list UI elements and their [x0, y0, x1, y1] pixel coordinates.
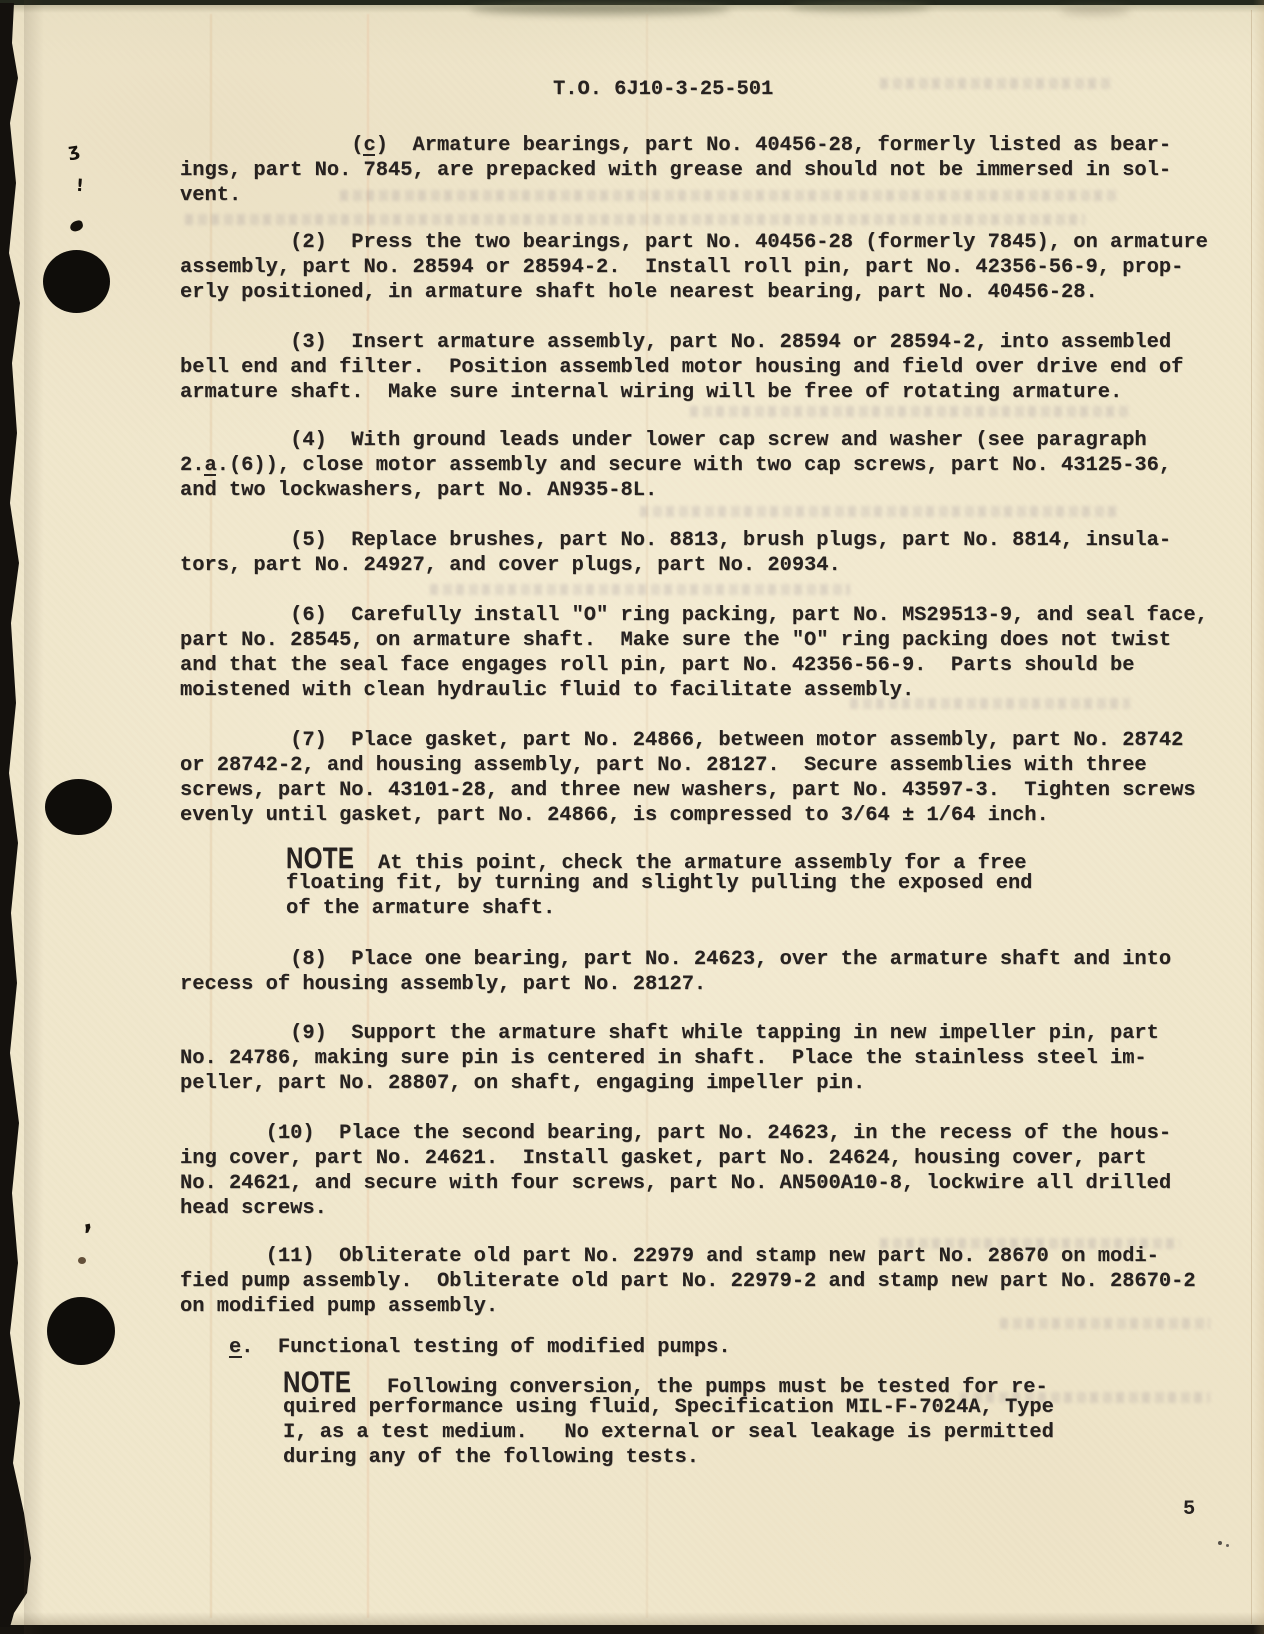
text-line: (3) Insert armature assembly, part No. 2… [180, 330, 1183, 355]
technical-order-number: T.O. 6J10-3-25-501 [553, 77, 773, 102]
text-line: on modified pump assembly. [180, 1294, 1196, 1319]
text-line: (2) Press the two bearings, part No. 404… [180, 230, 1208, 255]
scan-edge-left-shadow [24, 0, 44, 1634]
text-line: bell end and filter. Position assembled … [180, 355, 1183, 380]
bleedthrough-text [690, 406, 1130, 417]
ink-mark: ʒ [67, 139, 81, 161]
text-line: ing cover, part No. 24621. Install gaske… [180, 1146, 1171, 1171]
underline-a [204, 474, 216, 476]
text-line: part No. 28545, on armature shaft. Make … [180, 628, 1208, 653]
scan-smudge [1060, 6, 1130, 15]
text-line: armature shaft. Make sure internal wirin… [180, 380, 1183, 405]
text-line: moistened with clean hydraulic fluid to … [180, 678, 1208, 703]
text-line: (8) Place one bearing, part No. 24623, o… [180, 947, 1171, 972]
ink-speck [1226, 1544, 1229, 1547]
note-text-line: during any of the following tests. [283, 1445, 1054, 1470]
paragraph: (4) With ground leads under lower cap sc… [180, 428, 1171, 503]
text-line: (4) With ground leads under lower cap sc… [180, 428, 1171, 453]
paragraph: (7) Place gasket, part No. 24866, betwee… [180, 728, 1196, 828]
text-line: and two lockwashers, part No. AN935-8L. [180, 478, 1171, 503]
punch-hole [47, 1297, 115, 1365]
paragraph: (c) Armature bearings, part No. 40456-28… [180, 133, 1171, 208]
note-block: NOTEFollowing conversion, the pumps must… [283, 1370, 1054, 1470]
text-line: vent. [180, 183, 1171, 208]
underline-e [229, 1356, 242, 1358]
text-line: or 28742-2, and housing assembly, part N… [180, 753, 1196, 778]
text-line: erly positioned, in armature shaft hole … [180, 280, 1208, 305]
paragraph: (6) Carefully install "O" ring packing, … [180, 603, 1208, 703]
text-line: and that the seal face engages roll pin,… [180, 653, 1208, 678]
ink-mark: ! [75, 176, 84, 196]
ink-speck [1218, 1541, 1222, 1545]
text-line: (10) Place the second bearing, part No. … [180, 1121, 1171, 1146]
paragraph: (10) Place the second bearing, part No. … [180, 1121, 1171, 1221]
ink-mark [69, 219, 84, 232]
paragraph: (8) Place one bearing, part No. 24623, o… [180, 947, 1171, 997]
bleedthrough-text [1000, 1318, 1210, 1329]
note-block: NOTEAt this point, check the armature as… [286, 846, 1032, 921]
text-line: e. Functional testing of modified pumps. [180, 1335, 731, 1360]
note-text-line: quired performance using fluid, Specific… [283, 1395, 1054, 1420]
paragraph: (3) Insert armature assembly, part No. 2… [180, 330, 1183, 405]
page-number: 5 [1183, 1497, 1195, 1522]
paragraph: (5) Replace brushes, part No. 8813, brus… [180, 528, 1171, 578]
text-line: head screws. [180, 1196, 1171, 1221]
text-line: No. 24621, and secure with four screws, … [180, 1171, 1171, 1196]
text-line: (11) Obliterate old part No. 22979 and s… [180, 1244, 1196, 1269]
text-line: (6) Carefully install "O" ring packing, … [180, 603, 1208, 628]
scan-edge-bottom [0, 1625, 1264, 1634]
note-text-line: floating fit, by turning and slightly pu… [286, 871, 1032, 896]
text-line: assembly, part No. 28594 or 28594-2. Ins… [180, 255, 1208, 280]
paragraph: (11) Obliterate old part No. 22979 and s… [180, 1244, 1196, 1319]
text-line: tors, part No. 24927, and cover plugs, p… [180, 553, 1171, 578]
punch-hole [45, 779, 112, 835]
scan-smudge [470, 3, 730, 15]
paragraph: e. Functional testing of modified pumps. [180, 1335, 731, 1360]
text-line: 2.a.(6)), close motor assembly and secur… [180, 453, 1171, 478]
bleedthrough-text [640, 506, 1120, 517]
paragraph: (2) Press the two bearings, part No. 404… [180, 230, 1208, 305]
text-line: recess of housing assembly, part No. 281… [180, 972, 1171, 997]
bleedthrough-text [430, 584, 850, 595]
ink-mark: , [79, 1205, 94, 1236]
text-line: ings, part No. 7845, are prepacked with … [180, 158, 1171, 183]
text-line: (c) Armature bearings, part No. 40456-28… [180, 133, 1171, 158]
text-line: (9) Support the armature shaft while tap… [180, 1021, 1159, 1046]
text-line: evenly until gasket, part No. 24866, is … [180, 803, 1196, 828]
note-text-line: of the armature shaft. [286, 896, 1032, 921]
text-line: peller, part No. 28807, on shaft, engagi… [180, 1071, 1159, 1096]
scanned-document-page: T.O. 6J10-3-25-501 (c) Armature bearings… [0, 0, 1264, 1634]
note-text-line: I, as a test medium. No external or seal… [283, 1420, 1054, 1445]
bleedthrough-text [880, 78, 1110, 89]
scan-edge-right-shadow [1253, 0, 1264, 1634]
ink-mark [78, 1257, 86, 1264]
scan-edge-right [1251, 10, 1252, 1624]
scan-edge-bottom-shadow [0, 1612, 1264, 1625]
text-line: (7) Place gasket, part No. 24866, betwee… [180, 728, 1196, 753]
note-label: NOTE [286, 846, 354, 871]
underline-c [363, 154, 375, 156]
paragraph: (9) Support the armature shaft while tap… [180, 1021, 1159, 1096]
note-label: NOTE [283, 1370, 351, 1395]
punch-hole [43, 250, 110, 313]
text-line: (5) Replace brushes, part No. 8813, brus… [180, 528, 1171, 553]
scan-smudge [790, 2, 930, 12]
text-line: screws, part No. 43101-28, and three new… [180, 778, 1196, 803]
text-line: No. 24786, making sure pin is centered i… [180, 1046, 1159, 1071]
text-line: fied pump assembly. Obliterate old part … [180, 1269, 1196, 1294]
bleedthrough-text [185, 214, 1085, 225]
